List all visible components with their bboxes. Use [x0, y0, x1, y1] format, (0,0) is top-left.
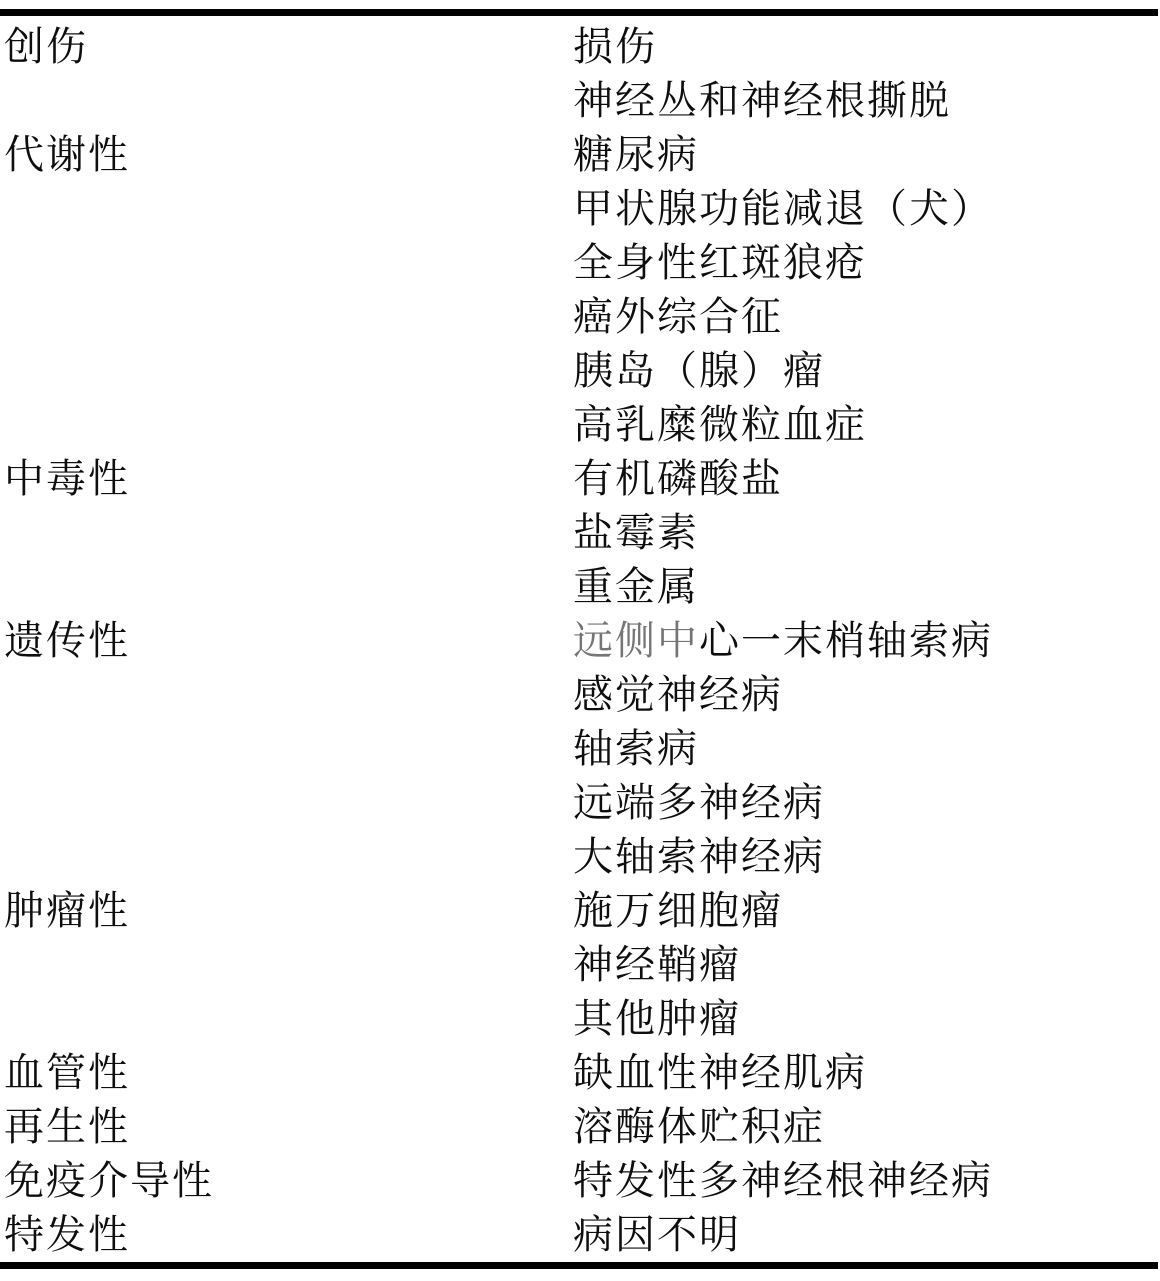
cause-cell: 远端多神经病	[573, 783, 1160, 823]
table-row: 甲状腺功能减退（犬）	[0, 182, 1160, 236]
cause-cell: 癌外综合征	[573, 297, 1160, 337]
table-body: 创伤 损伤 神经丛和神经根撕脱 代谢性 糖尿病 甲状腺功能减退（犬） 全身性红斑…	[0, 16, 1160, 1262]
table-row: 再生性 溶酶体贮积症	[0, 1100, 1160, 1154]
table-row: 神经丛和神经根撕脱	[0, 74, 1160, 128]
cause-cell: 甲状腺功能减退（犬）	[573, 189, 1160, 229]
cause-cell: 缺血性神经肌病	[573, 1053, 1160, 1093]
category-cell: 创伤	[0, 27, 573, 67]
cause-cell: 施万细胞瘤	[573, 891, 1160, 931]
table-row: 代谢性 糖尿病	[0, 128, 1160, 182]
table-row: 癌外综合征	[0, 290, 1160, 344]
table-row: 血管性 缺血性神经肌病	[0, 1046, 1160, 1100]
cause-cell: 大轴索神经病	[573, 837, 1160, 877]
category-cell: 中毒性	[0, 459, 573, 499]
table-row: 免疫介导性 特发性多神经根神经病	[0, 1154, 1160, 1208]
cause-cell: 特发性多神经根神经病	[573, 1161, 1160, 1201]
cause-cell: 有机磷酸盐	[573, 459, 1160, 499]
table-row: 肿瘤性 施万细胞瘤	[0, 884, 1160, 938]
cause-cell: 盐霉素	[573, 513, 1160, 553]
table-row: 中毒性 有机磷酸盐	[0, 452, 1160, 506]
table-top-rule	[0, 9, 1158, 16]
cause-cell: 重金属	[573, 567, 1160, 607]
cause-cell: 其他肿瘤	[573, 999, 1160, 1039]
cause-text: 心一末梢轴索病	[699, 619, 993, 663]
table-row: 遗传性 远侧中心一末梢轴索病	[0, 614, 1160, 668]
cause-cell: 高乳糜微粒血症	[573, 405, 1160, 445]
cause-cell: 神经鞘瘤	[573, 945, 1160, 985]
table-row: 盐霉素	[0, 506, 1160, 560]
category-cell: 肿瘤性	[0, 891, 573, 931]
category-cell: 血管性	[0, 1053, 573, 1093]
table-row: 远端多神经病	[0, 776, 1160, 830]
category-cell: 遗传性	[0, 621, 573, 661]
table-row: 重金属	[0, 560, 1160, 614]
cause-cell: 轴索病	[573, 729, 1160, 769]
table-row: 特发性 病因不明	[0, 1208, 1160, 1262]
cause-cell: 损伤	[573, 27, 1160, 67]
category-cell: 免疫介导性	[0, 1161, 573, 1201]
cause-cell: 全身性红斑狼疮	[573, 243, 1160, 283]
cause-cell: 病因不明	[573, 1215, 1160, 1255]
cause-cell: 胰岛（腺）瘤	[573, 351, 1160, 391]
table-row: 神经鞘瘤	[0, 938, 1160, 992]
table-row: 感觉神经病	[0, 668, 1160, 722]
cause-cell: 糖尿病	[573, 135, 1160, 175]
cause-cell: 感觉神经病	[573, 675, 1160, 715]
category-cell: 代谢性	[0, 135, 573, 175]
faded-text-segment: 远侧中	[573, 619, 699, 663]
neuropathy-causes-table-page: 创伤 损伤 神经丛和神经根撕脱 代谢性 糖尿病 甲状腺功能减退（犬） 全身性红斑…	[0, 0, 1160, 1281]
table-bottom-rule	[0, 1262, 1158, 1269]
category-cell: 再生性	[0, 1107, 573, 1147]
table-row: 高乳糜微粒血症	[0, 398, 1160, 452]
table-row: 胰岛（腺）瘤	[0, 344, 1160, 398]
table-row: 创伤 损伤	[0, 20, 1160, 74]
cause-cell: 溶酶体贮积症	[573, 1107, 1160, 1147]
cause-cell: 神经丛和神经根撕脱	[573, 81, 1160, 121]
table-row: 其他肿瘤	[0, 992, 1160, 1046]
cause-cell: 远侧中心一末梢轴索病	[573, 621, 1160, 661]
category-cell: 特发性	[0, 1215, 573, 1255]
table-row: 全身性红斑狼疮	[0, 236, 1160, 290]
table-row: 轴索病	[0, 722, 1160, 776]
table-row: 大轴索神经病	[0, 830, 1160, 884]
